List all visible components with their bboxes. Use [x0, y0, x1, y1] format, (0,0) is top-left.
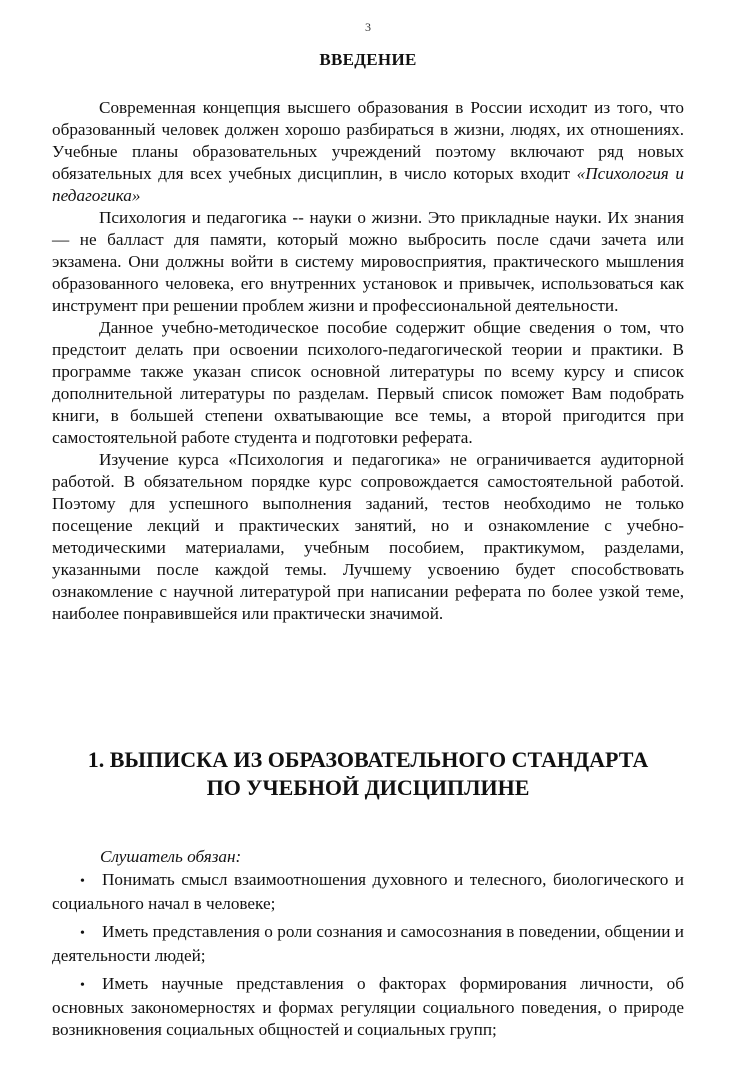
bullet-icon: •	[80, 923, 102, 945]
intro-paragraph-2: Психология и педагогика -- науки о жизни…	[52, 207, 684, 317]
intro-body: Современная концепция высшего образовани…	[52, 97, 684, 625]
bullet-icon: •	[80, 871, 102, 893]
page-number: 3	[52, 20, 684, 35]
bullet-icon: •	[80, 975, 102, 997]
intro-paragraph-3: Данное учебно-методическое пособие содер…	[52, 317, 684, 449]
section-1-heading-line-2: ПО УЧЕБНОЙ ДИСЦИПЛИНЕ	[52, 774, 684, 802]
duty-text: Иметь представления о роли сознания и са…	[52, 922, 684, 965]
duty-text: Иметь научные представления о факторах ф…	[52, 974, 684, 1039]
section-1-heading-line-1: 1. ВЫПИСКА ИЗ ОБРАЗОВАТЕЛЬНОГО СТАНДАРТА	[52, 746, 684, 774]
duty-item: •Понимать смысл взаимоотношения духовног…	[52, 869, 684, 915]
duty-text: Понимать смысл взаимоотношения духовного…	[52, 870, 684, 913]
section-1-heading: 1. ВЫПИСКА ИЗ ОБРАЗОВАТЕЛЬНОГО СТАНДАРТА…	[52, 746, 684, 802]
duties-list: •Понимать смысл взаимоотношения духовног…	[52, 869, 684, 1047]
intro-paragraph-4: Изучение курса «Психология и педагогика»…	[52, 449, 684, 625]
listener-label: Слушатель обязан:	[100, 846, 241, 868]
intro-heading: ВВЕДЕНИЕ	[52, 50, 684, 70]
intro-paragraph-1: Современная концепция высшего образовани…	[52, 97, 684, 207]
duty-item: •Иметь научные представления о факторах …	[52, 973, 684, 1041]
duty-item: •Иметь представления о роли сознания и с…	[52, 921, 684, 967]
